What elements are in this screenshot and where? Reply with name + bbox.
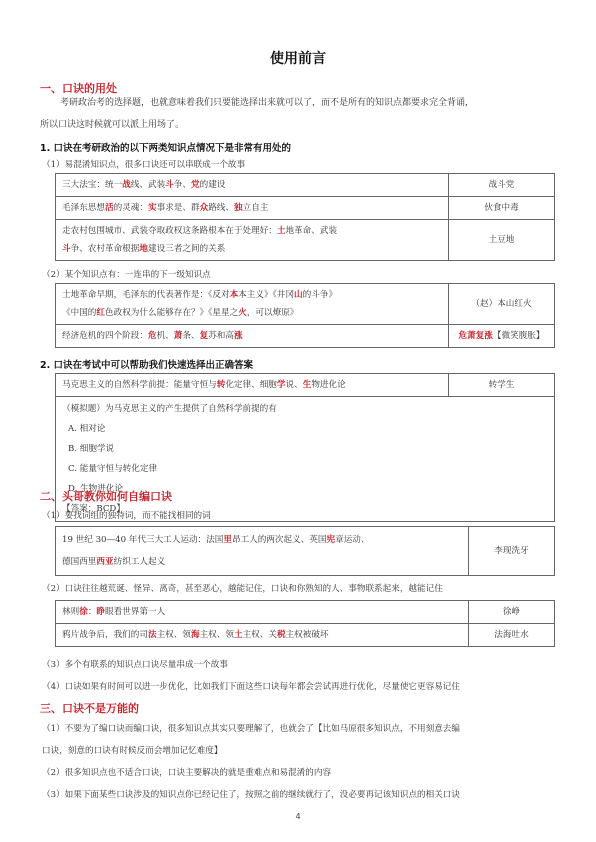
text-segment: 林则 xyxy=(62,607,79,617)
text-segment: 条、 xyxy=(182,331,199,341)
mnemonic-key-char: 党 xyxy=(191,180,200,190)
text-segment: 主权、领 xyxy=(200,630,234,640)
mnemonic-cell: 战斗党 xyxy=(449,174,555,197)
table-row: 土地革命早期，毛泽东的代表著作是：《反对本本主义》《井冈山的斗争》《中国的红色政… xyxy=(56,284,555,325)
mnemonic-key-char: 众 xyxy=(200,203,209,213)
mnemonic-table-5: 林则徐：睁眼看世界第一人 徐峥 鸦片战争后，我们的司法主权、领海主权、领土主权、… xyxy=(55,600,555,647)
text-segment: 德国西里 xyxy=(62,557,96,567)
text-segment: 机、 xyxy=(157,331,174,341)
mnemonic-key-char: 涨 xyxy=(234,331,243,341)
mnemonic-cell: 伙食中毒 xyxy=(449,197,555,220)
text-segment: ，可以燎原》 xyxy=(247,308,299,318)
mnemonic-key-char: 学 xyxy=(277,380,286,390)
text-segment: 毛泽东思想 xyxy=(62,203,105,213)
item-2-label: （2）某个知识点有：一连串的下一级知识点 xyxy=(42,268,211,280)
options-row: A. 相对论B. 细胞学说 xyxy=(62,419,548,459)
text-segment: 说、 xyxy=(286,380,303,390)
text-segment: 本主义》《井冈 xyxy=(238,290,294,300)
mnemonic-key-char: 地 xyxy=(139,244,148,254)
text-segment: 的建设 xyxy=(200,180,226,190)
item-3-label: （3）多个有联系的知识点口诀尽量串成一个故事 xyxy=(42,658,228,670)
text-segment: 争、农村革命根据 xyxy=(71,244,140,254)
mnemonic-table-4: 19 世纪 30—40 年代三大工人运动：法国里昂工人的两次起义、英国宪章运动、… xyxy=(55,526,555,576)
mnemonic-key-char: 本 xyxy=(230,290,239,300)
knowledge-cell: 鸦片战争后，我们的司法主权、领海主权、领土主权、关税主权被破坏 xyxy=(56,624,469,647)
text-segment: 立自主 xyxy=(243,203,269,213)
mnemonic-key-char: 火 xyxy=(238,308,247,318)
text-segment: 三大法宝：统一 xyxy=(62,180,122,190)
intro-line-2: 所以口诀这时候就可以派上用场了。 xyxy=(40,114,184,136)
text-segment: 主权、关 xyxy=(243,630,277,640)
text-segment: 建设三者之间的关系 xyxy=(148,244,225,254)
knowledge-cell: 经济危机的四个阶段：危机、萧条、复苏和高涨 xyxy=(56,325,449,348)
mnemonic-red: 危萧复涨 xyxy=(459,331,493,341)
table-row: 走农村包围城市、武装夺取政权这条路根本在于处理好：土地革命、武装斗争、农村革命根… xyxy=(56,220,555,261)
mnemonic-rest: 【微笑腹胀】 xyxy=(493,331,545,341)
page-number: 4 xyxy=(0,812,596,821)
text-segment: 土地革命早期，毛泽东的代表著作是：《反对 xyxy=(62,290,230,300)
item-2-label: （2）口诀往往越荒诞、怪异、离奇，甚至恶心，越能记住，口诀和你熟知的人、事物联系… xyxy=(42,582,443,594)
mnemonic-key-char: 西亚 xyxy=(96,557,113,567)
mnemonic-cell: 法海吐水 xyxy=(469,624,555,647)
mnemonic-key-char: 活 xyxy=(105,203,114,213)
knowledge-cell: 三大法宝：统一战线、武装斗争、党的建设 xyxy=(56,174,449,197)
text-segment: 主权被破坏 xyxy=(286,630,329,640)
mnemonic-key-char: 徐 xyxy=(79,607,88,617)
text-segment: 主权、领 xyxy=(157,630,191,640)
mnemonic-key-char: 复 xyxy=(200,331,209,341)
text-segment: 马克思主义的自然科学前提：能量守恒与 xyxy=(62,380,217,390)
item-1-label: （1）要找词组的独特词，而不能找相同的词 xyxy=(42,509,211,521)
text-segment: 走农村包围城市、武装夺取政权这条路根本在于处理好： xyxy=(62,226,277,236)
text-segment: 苏和高 xyxy=(208,331,234,341)
mnemonic-key-char: 红 xyxy=(96,308,105,318)
question-text: （模拟题）为马克思主义的产生提供了自然科学前提的有 xyxy=(62,399,548,419)
subheading-2: 2. 口诀在考试中可以帮助我们快速选择出正确答案 xyxy=(40,357,253,371)
mnemonic-key-char: 实 xyxy=(148,203,157,213)
mnemonic-key-char: 斗 xyxy=(165,180,174,190)
mnemonic-key-char: 山 xyxy=(294,290,303,300)
mnemonic-cell: 李现洗牙 xyxy=(469,527,555,576)
knowledge-cell: 土地革命早期，毛泽东的代表著作是：《反对本本主义》《井冈山的斗争》《中国的红色政… xyxy=(56,284,449,325)
mnemonic-cell: 徐峥 xyxy=(469,601,555,624)
text-segment: 地革命、武装 xyxy=(285,226,337,236)
text-segment: 化定律、细胞 xyxy=(225,380,277,390)
table-row: 毛泽东思想活的灵魂：实事求是、群众路线、独立自主 伙食中毒 xyxy=(56,197,555,220)
mnemonic-key-char: 法 xyxy=(148,630,157,640)
text-segment: 色政权为什么能够存在？》《星星之 xyxy=(105,308,238,318)
table-row: 林则徐：睁眼看世界第一人 徐峥 xyxy=(56,601,555,624)
text-segment: 的灵魂： xyxy=(114,203,148,213)
text-segment: 《中国的 xyxy=(62,308,96,318)
mnemonic-cell: 转学生 xyxy=(449,374,555,397)
table-row: 三大法宝：统一战线、武装斗争、党的建设 战斗党 xyxy=(56,174,555,197)
text-segment: 经济危机的四个阶段： xyxy=(62,331,148,341)
subheading-1: 1. 口诀在考研政治的以下两类知识点情况下是非常有用处的 xyxy=(40,140,291,154)
mnemonic-key-char: 土 xyxy=(234,630,243,640)
table-row: 鸦片战争后，我们的司法主权、领海主权、领土主权、关税主权被破坏 法海吐水 xyxy=(56,624,555,647)
text-segment: 昂工人的两次起义、英国 xyxy=(232,535,327,545)
text-segment: 事求是、群 xyxy=(157,203,200,213)
mnemonic-key-char: 睁 xyxy=(96,607,105,617)
mnemonic-key-char: 海 xyxy=(191,630,200,640)
document-page: 使用前言 一、口诀的用处 考研政治考的选择题，也就意味着我们只要能选择出来就可以… xyxy=(0,0,596,842)
text-segment: 的斗争》 xyxy=(303,290,337,300)
mnemonic-table-2: 土地革命早期，毛泽东的代表著作是：《反对本本主义》《井冈山的斗争》《中国的红色政… xyxy=(55,283,555,348)
mnemonic-key-char: 战 xyxy=(122,180,131,190)
mnemonic-cell: 土豆地 xyxy=(449,220,555,261)
knowledge-cell: 走农村包围城市、武装夺取政权这条路根本在于处理好：土地革命、武装斗争、农村革命根… xyxy=(56,220,449,261)
table-row: 经济危机的四个阶段：危机、萧条、复苏和高涨 危萧复涨【微笑腹胀】 xyxy=(56,325,555,348)
mnemonic-cell: 危萧复涨【微笑腹胀】 xyxy=(449,325,555,348)
mnemonic-key-char: 危 xyxy=(148,331,157,341)
item-3-label: （3）如果下面某些口诀涉及的知识点你已经记住了，按照之前的继续就行了，没必要再记… xyxy=(42,788,460,800)
option-c: C. 能量守恒与转化定律 xyxy=(62,459,313,479)
mnemonic-key-char: 独 xyxy=(234,203,243,213)
mnemonic-cell: （赵）本山红火 xyxy=(449,284,555,325)
text-segment: 纺织工人起义 xyxy=(114,557,166,567)
item-1-line-1: （1）不要为了编口诀而编口诀，很多知识点其实只要理解了，也就会了【比如马原很多知… xyxy=(42,722,460,734)
item-1-line-2: 口诀，刻意的口诀有时候反而会增加记忆难度】 xyxy=(42,744,222,756)
text-segment: 争、 xyxy=(174,180,191,190)
knowledge-cell: 林则徐：睁眼看世界第一人 xyxy=(56,601,469,624)
mnemonic-key-char: 税 xyxy=(277,630,286,640)
text-segment: 线、武装 xyxy=(131,180,165,190)
item-1-label: （1）易混淆知识点，很多口诀还可以串联成一个故事 xyxy=(42,158,245,170)
text-segment: 19 世纪 30—40 年代三大工人运动：法国 xyxy=(62,535,223,545)
text-segment: 章运动、 xyxy=(335,535,369,545)
page-title: 使用前言 xyxy=(0,48,596,68)
mnemonic-key-char: 宪 xyxy=(326,535,335,545)
option-a: A. 相对论 xyxy=(62,419,313,439)
intro-line-1: 考研政治考的选择题，也就意味着我们只要能选择出来就可以了，而不是所有的知识点都要… xyxy=(40,92,474,114)
mnemonic-key-char: 斗 xyxy=(62,244,71,254)
text-segment: 鸦片战争后，我们的司 xyxy=(62,630,148,640)
mnemonic-table-1: 三大法宝：统一战线、武装斗争、党的建设 战斗党 毛泽东思想活的灵魂：实事求是、群… xyxy=(55,173,555,261)
text-segment: 路线、 xyxy=(208,203,234,213)
section-heading-2: 二、头哥教你如何自编口诀 xyxy=(40,488,172,504)
item-4-label: （4）口诀如果有时间可以进一步优化，比如我们下面这些口诀每年都会尝试再进行优化，… xyxy=(42,680,460,692)
text-segment: 物进化论 xyxy=(311,380,345,390)
knowledge-cell: 马克思主义的自然科学前提：能量守恒与转化定律、细胞学说、生物进化论 xyxy=(56,374,449,397)
knowledge-cell: 19 世纪 30—40 年代三大工人运动：法国里昂工人的两次起义、英国宪章运动、… xyxy=(56,527,469,576)
mnemonic-key-char: 里 xyxy=(223,535,232,545)
knowledge-cell: 毛泽东思想活的灵魂：实事求是、群众路线、独立自主 xyxy=(56,197,449,220)
section-heading-3: 三、口诀不是万能的 xyxy=(40,700,139,716)
item-2-label: （2）很多知识点也不适合口诀，口诀主要解决的就是重难点和易混淆的内容 xyxy=(42,766,331,778)
text-segment: 眼看世界第一人 xyxy=(105,607,165,617)
table-row: 马克思主义的自然科学前提：能量守恒与转化定律、细胞学说、生物进化论 转学生 xyxy=(56,374,555,397)
option-b: B. 细胞学说 xyxy=(62,439,313,459)
table-row: 19 世纪 30—40 年代三大工人运动：法国里昂工人的两次起义、英国宪章运动、… xyxy=(56,527,555,576)
